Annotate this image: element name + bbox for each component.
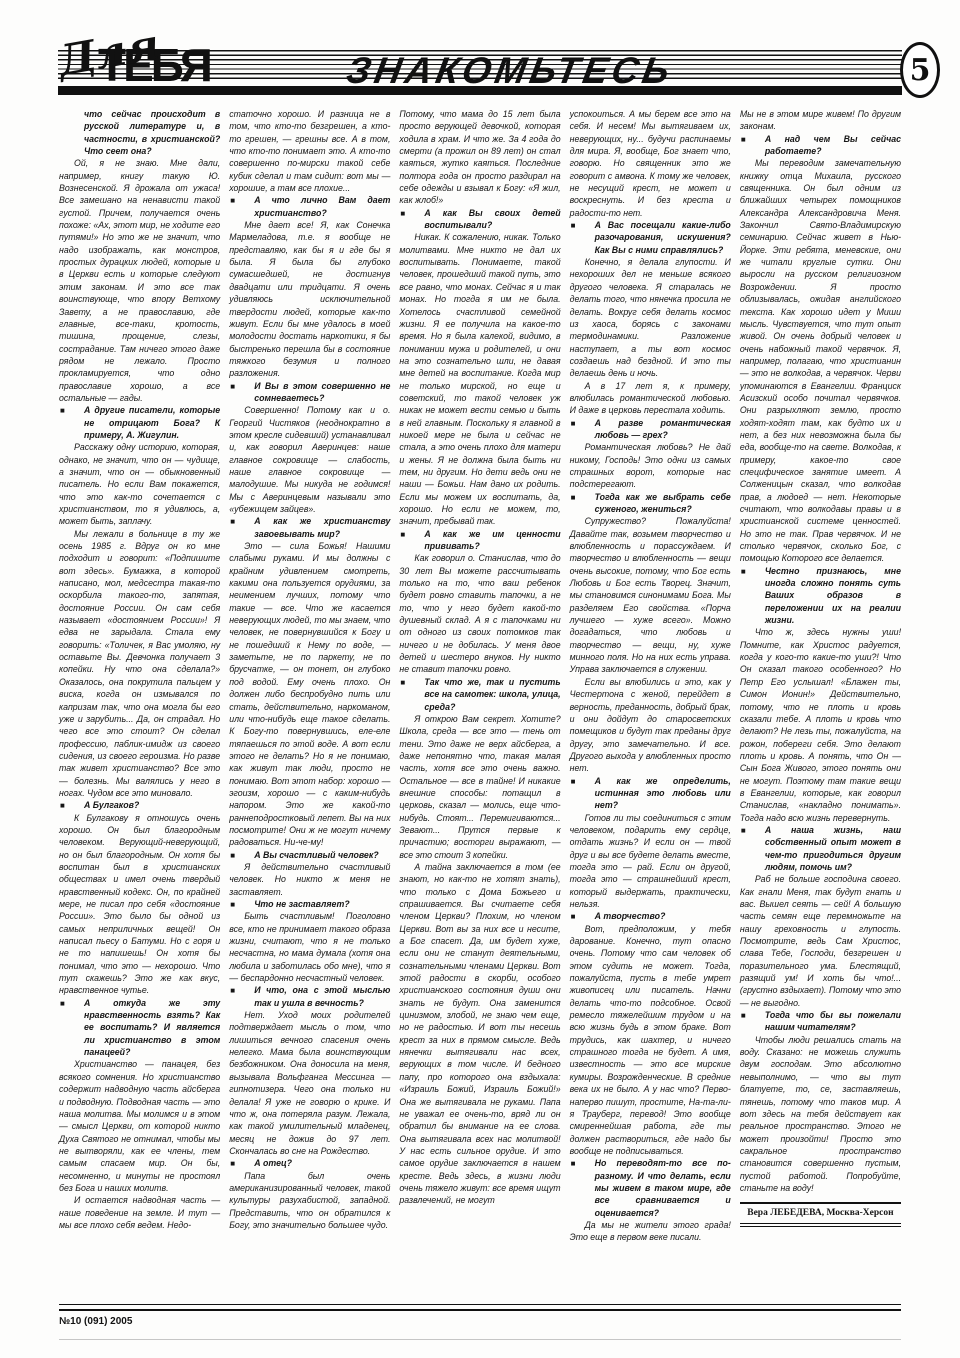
question-marker-icon: ■ bbox=[741, 134, 746, 146]
interview-answer: Конечно, я делала глупости. И нехороших … bbox=[570, 256, 731, 379]
question-marker-icon: ■ bbox=[230, 516, 235, 528]
interview-answer: Это — сила Божья! Нашими слабыми руками.… bbox=[229, 540, 390, 849]
question-marker-icon: ■ bbox=[571, 776, 576, 788]
interview-answer: Вот, предположим, у тебя дарование. Коне… bbox=[570, 923, 731, 1158]
interview-answer: Супружество? Пожалуйста! Давайте так, во… bbox=[570, 515, 731, 675]
question-marker-icon: ■ bbox=[571, 492, 576, 504]
interview-answer: Быть счастливым! Поголовно все, кто не п… bbox=[229, 910, 390, 984]
question-marker-icon: ■ bbox=[400, 208, 405, 220]
question-marker-icon: ■ bbox=[400, 529, 405, 541]
bottom-rule bbox=[59, 1339, 901, 1340]
interview-question: ■А как же им ценности прививать? bbox=[399, 528, 560, 553]
interview-question: ■А Булгаков? bbox=[59, 799, 220, 811]
interview-answer: Никак. К сожалению, никак. Только молитв… bbox=[399, 231, 560, 527]
question-marker-icon: ■ bbox=[230, 381, 235, 393]
interview-question: ■Тогда как же выбрать себе суженого, жен… bbox=[570, 491, 731, 516]
interview-question: ■А над чем Вы сейчас работаете? bbox=[740, 133, 901, 158]
byline: Вера ЛЕБЕДЕВА, Москва-Херсон bbox=[740, 1202, 901, 1226]
interview-answer: А тайна заключается в том (ее знают, но … bbox=[399, 861, 560, 1207]
question-marker-icon: ■ bbox=[571, 911, 576, 923]
question-marker-icon: ■ bbox=[400, 677, 405, 689]
interview-question: ■А Вас посещали какие-либо разочарования… bbox=[570, 219, 731, 256]
interview-answer: Я действительно счастливый человек. Но н… bbox=[229, 861, 390, 898]
interview-answer: Папа был очень американизированный челов… bbox=[229, 1170, 390, 1232]
page-number: 5 bbox=[910, 53, 931, 88]
text-column-4: успокоиться. А мы берем все это на себя.… bbox=[570, 108, 731, 1244]
interview-answer: Мы лежали в больнице в ту же осень 1985 … bbox=[59, 528, 220, 800]
newspaper-page: ТЕБЯ Для ЗНАКОМЬТЕСЬ 5 что сейчас происх… bbox=[0, 0, 960, 1358]
interview-question: ■А как же христианству завоевывать мир? bbox=[229, 515, 390, 540]
text-column-1: что сейчас происходит в русской литерату… bbox=[59, 108, 220, 1244]
interview-question: ■А наша жизнь, наш собственный опыт може… bbox=[740, 824, 901, 873]
interview-answer: Готов ли ты соединиться с этим человеком… bbox=[570, 812, 731, 911]
question-marker-icon: ■ bbox=[230, 850, 235, 862]
interview-question: ■А творчество? bbox=[570, 910, 731, 922]
interview-answer: И остается надводная часть — наше поведе… bbox=[59, 1194, 220, 1231]
interview-answer: А в 17 лет я, к примеру, влюбилась роман… bbox=[570, 380, 731, 417]
interview-question: ■А отец? bbox=[229, 1157, 390, 1169]
interview-question: ■Тогда что бы вы пожелали нашим читателя… bbox=[740, 1009, 901, 1034]
interview-question: ■А Вы счастливый человек? bbox=[229, 849, 390, 861]
interview-question: ■А откуда же эту нравственность взять? К… bbox=[59, 997, 220, 1059]
question-marker-icon: ■ bbox=[571, 220, 576, 232]
interview-question: ■А другие писатели, которые не отрицают … bbox=[59, 404, 220, 441]
page-number-badge: 5 bbox=[900, 42, 940, 98]
interview-answer: Да мы не жители этого града! Это еще в п… bbox=[570, 1219, 731, 1244]
issue-number: №10 (091) 2005 bbox=[59, 1316, 901, 1327]
interview-answer: Мне дает все! Я, как Сонечка Мармеладова… bbox=[229, 219, 390, 379]
text-column-3: Потому, что мама до 15 лет была просто в… bbox=[399, 108, 560, 1244]
interview-question: ■А что лично Вам дает христианство? bbox=[229, 194, 390, 219]
interview-answer: Потому, что мама до 15 лет была просто в… bbox=[399, 108, 560, 207]
interview-answer: Мы переводим замечательную книжку отца М… bbox=[740, 157, 901, 564]
masthead: ТЕБЯ Для ЗНАКОМЬТЕСЬ 5 bbox=[0, 0, 960, 102]
interview-answer: Если вы влюбились и это, как у Честертон… bbox=[570, 676, 731, 775]
question-marker-icon: ■ bbox=[230, 899, 235, 911]
article-columns: что сейчас происходит в русской литерату… bbox=[59, 108, 901, 1244]
interview-answer: Ой, я не знаю. Мне дали, например, книгу… bbox=[59, 157, 220, 404]
question-marker-icon: ■ bbox=[571, 418, 576, 430]
interview-answer: Что ж, здесь нужны уши! Помните, как Хри… bbox=[740, 626, 901, 824]
interview-answer: Совершенно! Потому как и о. Георгий Чист… bbox=[229, 404, 390, 515]
question-marker-icon: ■ bbox=[571, 1158, 576, 1170]
interview-answer: Расскажу одну историю, которая, однако, … bbox=[59, 441, 220, 527]
page-footer: №10 (091) 2005 bbox=[59, 1304, 901, 1340]
question-marker-icon: ■ bbox=[230, 1158, 235, 1170]
interview-answer: К Булгакову я отношусь очень хорошо. Он … bbox=[59, 812, 220, 997]
interview-answer: Нет. Уход моих родителей подтверждает мы… bbox=[229, 1009, 390, 1157]
interview-answer: Я открою Вам секрет. Хотите? Школа, сред… bbox=[399, 713, 560, 861]
interview-question: что сейчас происходит в русской литерату… bbox=[59, 108, 220, 157]
interview-answer: Чтобы люди решались стать на воду. Сказа… bbox=[740, 1034, 901, 1194]
interview-question: ■И что, она с этой мыслью так и ушла в в… bbox=[229, 984, 390, 1009]
question-marker-icon: ■ bbox=[230, 985, 235, 997]
interview-question: ■А как же определить, истинная это любов… bbox=[570, 775, 731, 812]
interview-answer: Раб не больше господина своего. Как гнал… bbox=[740, 873, 901, 1009]
interview-question: ■А как Вы своих детей воспитывали? bbox=[399, 207, 560, 232]
interview-question: ■Честно признаюсь, мне иногда сложно пон… bbox=[740, 565, 901, 627]
interview-question: ■Так что же, так и пустить все на самоте… bbox=[399, 676, 560, 713]
interview-answer: Христианство — панацея, без всякого сомн… bbox=[59, 1058, 220, 1194]
footer-rule bbox=[59, 1304, 901, 1311]
interview-answer: статочно хорошо. И разница не в том, что… bbox=[229, 108, 390, 194]
question-marker-icon: ■ bbox=[741, 1010, 746, 1022]
interview-answer: успокоиться. А мы берем все это на себя.… bbox=[570, 108, 731, 219]
question-marker-icon: ■ bbox=[60, 800, 65, 812]
question-marker-icon: ■ bbox=[60, 998, 65, 1010]
text-column-2: статочно хорошо. И разница не в том, что… bbox=[229, 108, 390, 1244]
interview-question: ■Но переводят-то все по-разному. И что д… bbox=[570, 1157, 731, 1219]
interview-answer: Мы не в этом мире живем! По другим закон… bbox=[740, 108, 901, 133]
section-title: ЗНАКОМЬТЕСЬ bbox=[197, 52, 824, 89]
interview-answer: Как говорил о. Станислав, что до 30 лет … bbox=[399, 552, 560, 675]
interview-question: ■Что не заставляет? bbox=[229, 898, 390, 910]
interview-answer: Романтическая любовь? Не дай никому, Гос… bbox=[570, 441, 731, 490]
question-marker-icon: ■ bbox=[230, 195, 235, 207]
question-marker-icon: ■ bbox=[741, 566, 746, 578]
interview-question: ■И Вы в этом совершенно не сомневаетесь? bbox=[229, 380, 390, 405]
text-column-5: Мы не в этом мире живем! По другим закон… bbox=[740, 108, 901, 1244]
question-marker-icon: ■ bbox=[60, 405, 65, 417]
question-marker-icon: ■ bbox=[741, 825, 746, 837]
interview-question: ■А разве романтическая любовь — грех? bbox=[570, 417, 731, 442]
